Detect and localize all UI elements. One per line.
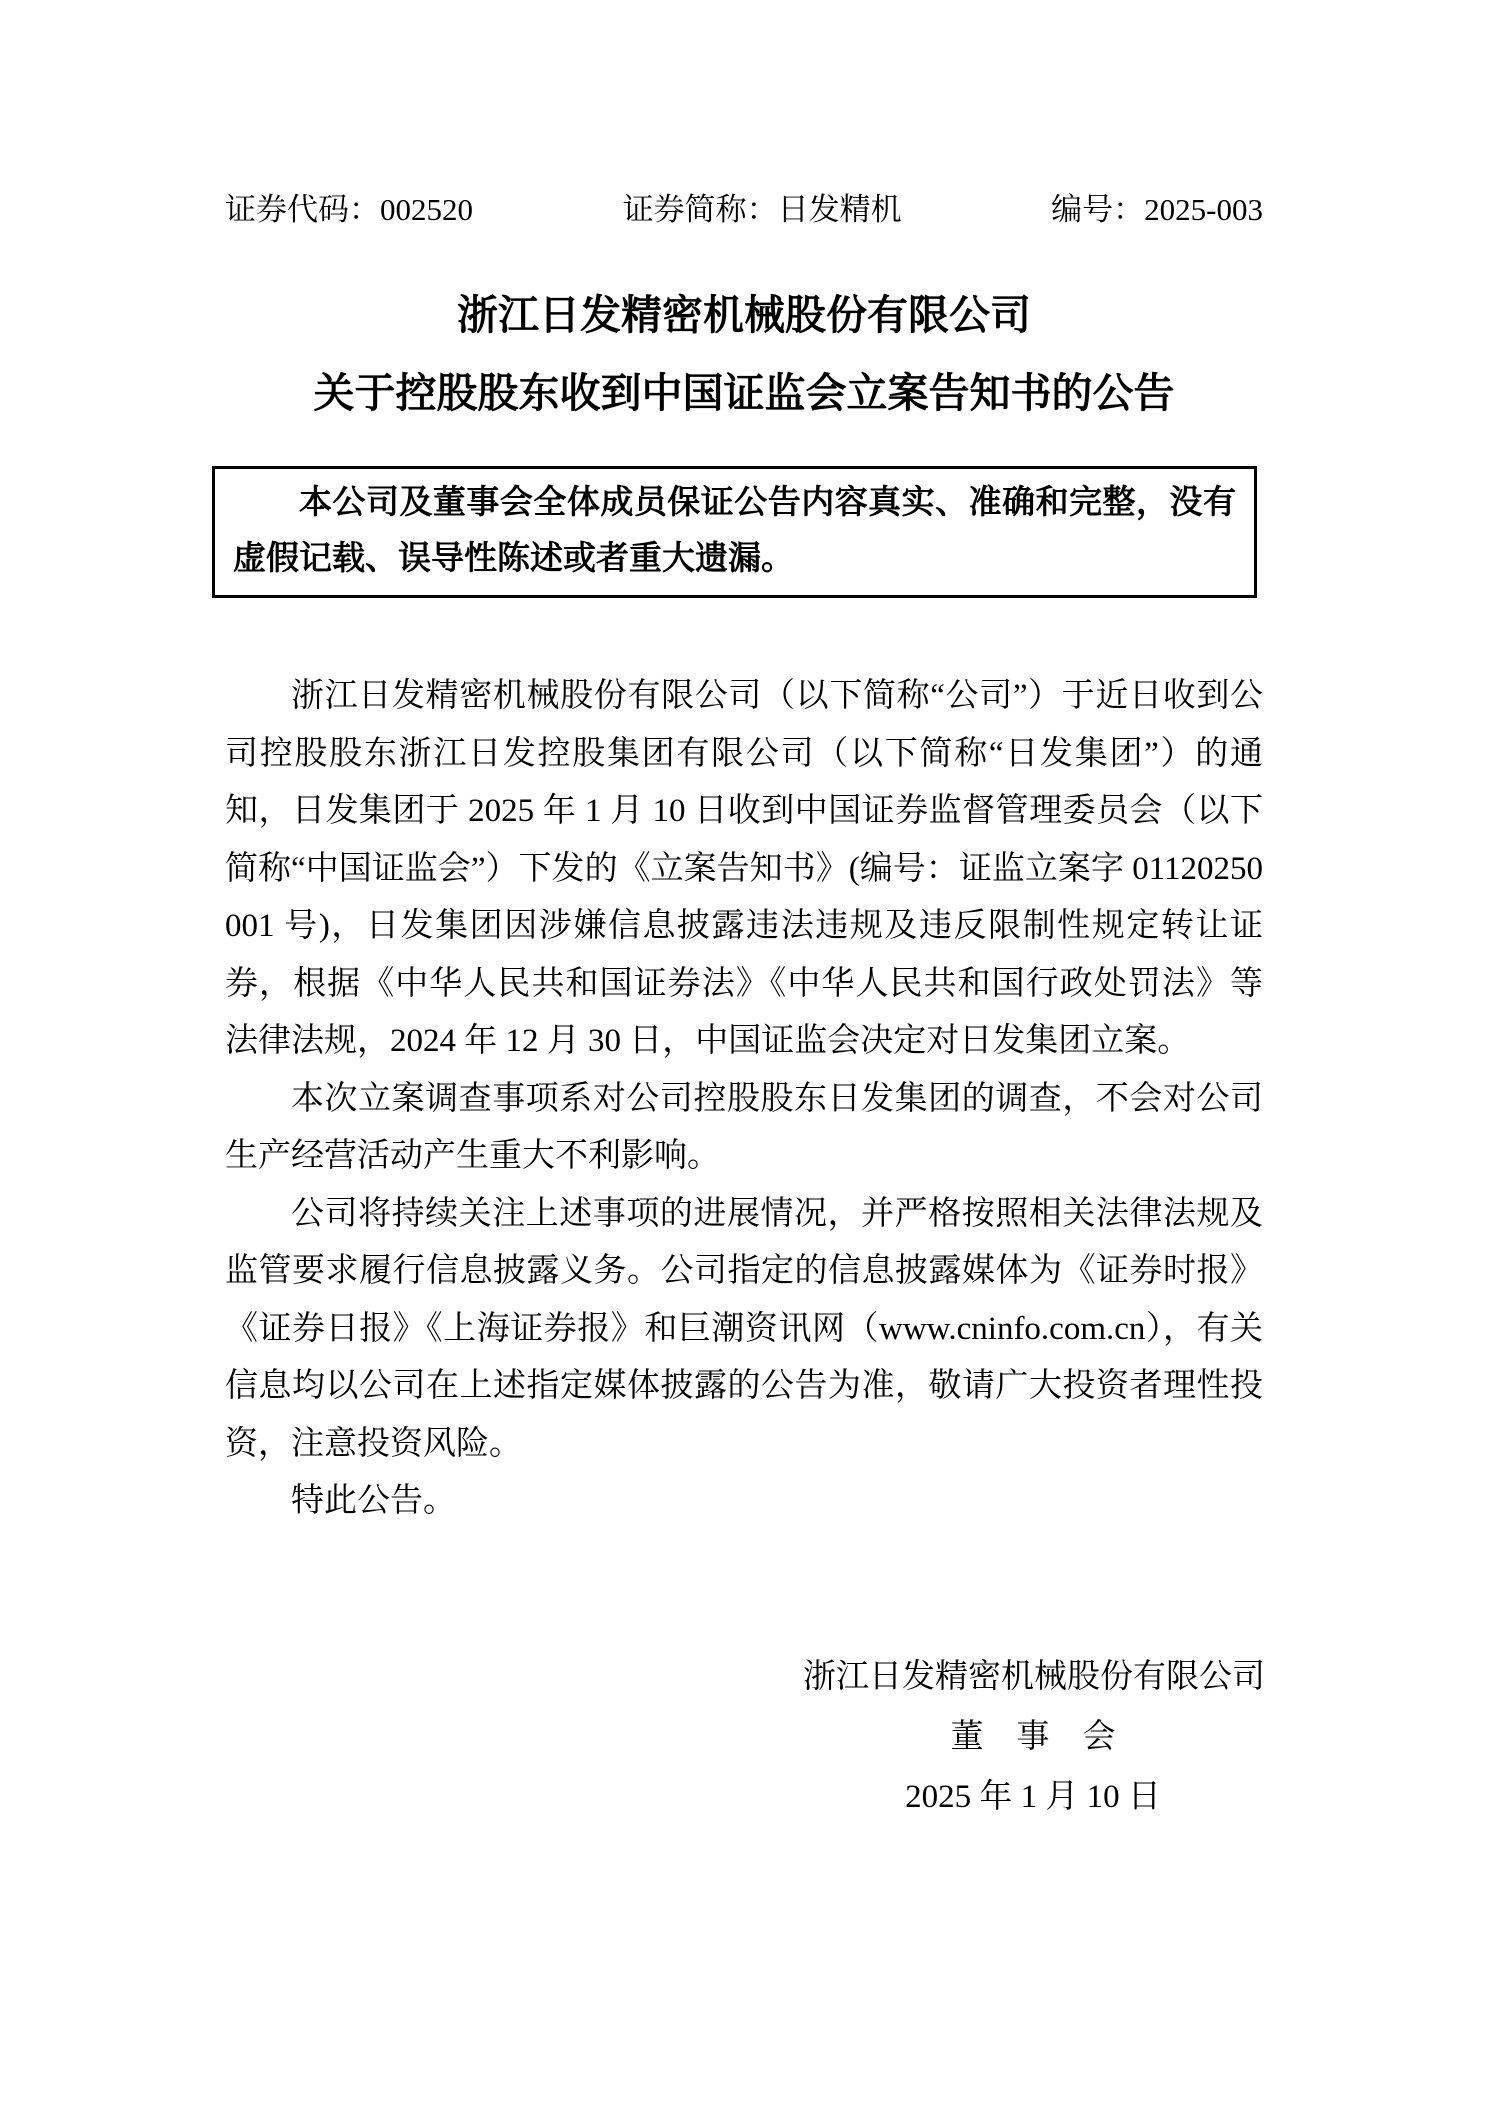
document-content: 证券代码：002520 证券简称：日发精机 编号：2025-003 浙江日发精密… (225, 190, 1263, 1827)
paragraph-3: 公司将持续关注上述事项的进展情况，并严格按照相关法律法规及监管要求履行信息披露义… (225, 1186, 1263, 1474)
announcement-document: 证券代码：002520 证券简称：日发精机 编号：2025-003 浙江日发精密… (0, 0, 1487, 2105)
statement-text: 本公司及董事会全体成员保证公告内容真实、准确和完整，没有虚假记载、误导性陈述或者… (233, 474, 1236, 586)
paragraph-1: 浙江日发精密机械股份有限公司（以下简称“公司”）于近日收到公司控股股东浙江日发控… (225, 668, 1263, 1071)
company-title: 浙江日发精密机械股份有限公司 (225, 290, 1263, 340)
paragraph-closing: 特此公告。 (225, 1473, 1263, 1531)
stock-code: 证券代码：002520 (225, 190, 473, 230)
signature-board: 董 事 会 (803, 1707, 1263, 1767)
signature-block: 浙江日发精密机械股份有限公司 董 事 会 2025 年 1 月 10 日 (803, 1647, 1263, 1827)
body-text: 浙江日发精密机械股份有限公司（以下简称“公司”）于近日收到公司控股股东浙江日发控… (225, 668, 1263, 1531)
statement-box: 本公司及董事会全体成员保证公告内容真实、准确和完整，没有虚假记载、误导性陈述或者… (212, 466, 1257, 598)
signature-date: 2025 年 1 月 10 日 (803, 1767, 1263, 1827)
announcement-title: 关于控股股东收到中国证监会立案告知书的公告 (225, 368, 1263, 418)
stock-name: 证券简称：日发精机 (623, 190, 902, 230)
title-block: 浙江日发精密机械股份有限公司 关于控股股东收到中国证监会立案告知书的公告 (225, 290, 1263, 418)
signature-company: 浙江日发精密机械股份有限公司 (803, 1647, 1263, 1707)
document-header: 证券代码：002520 证券简称：日发精机 编号：2025-003 (225, 190, 1263, 230)
paragraph-2: 本次立案调查事项系对公司控股股东日发集团的调查，不会对公司生产经营活动产生重大不… (225, 1071, 1263, 1186)
doc-number: 编号：2025-003 (1051, 190, 1263, 230)
